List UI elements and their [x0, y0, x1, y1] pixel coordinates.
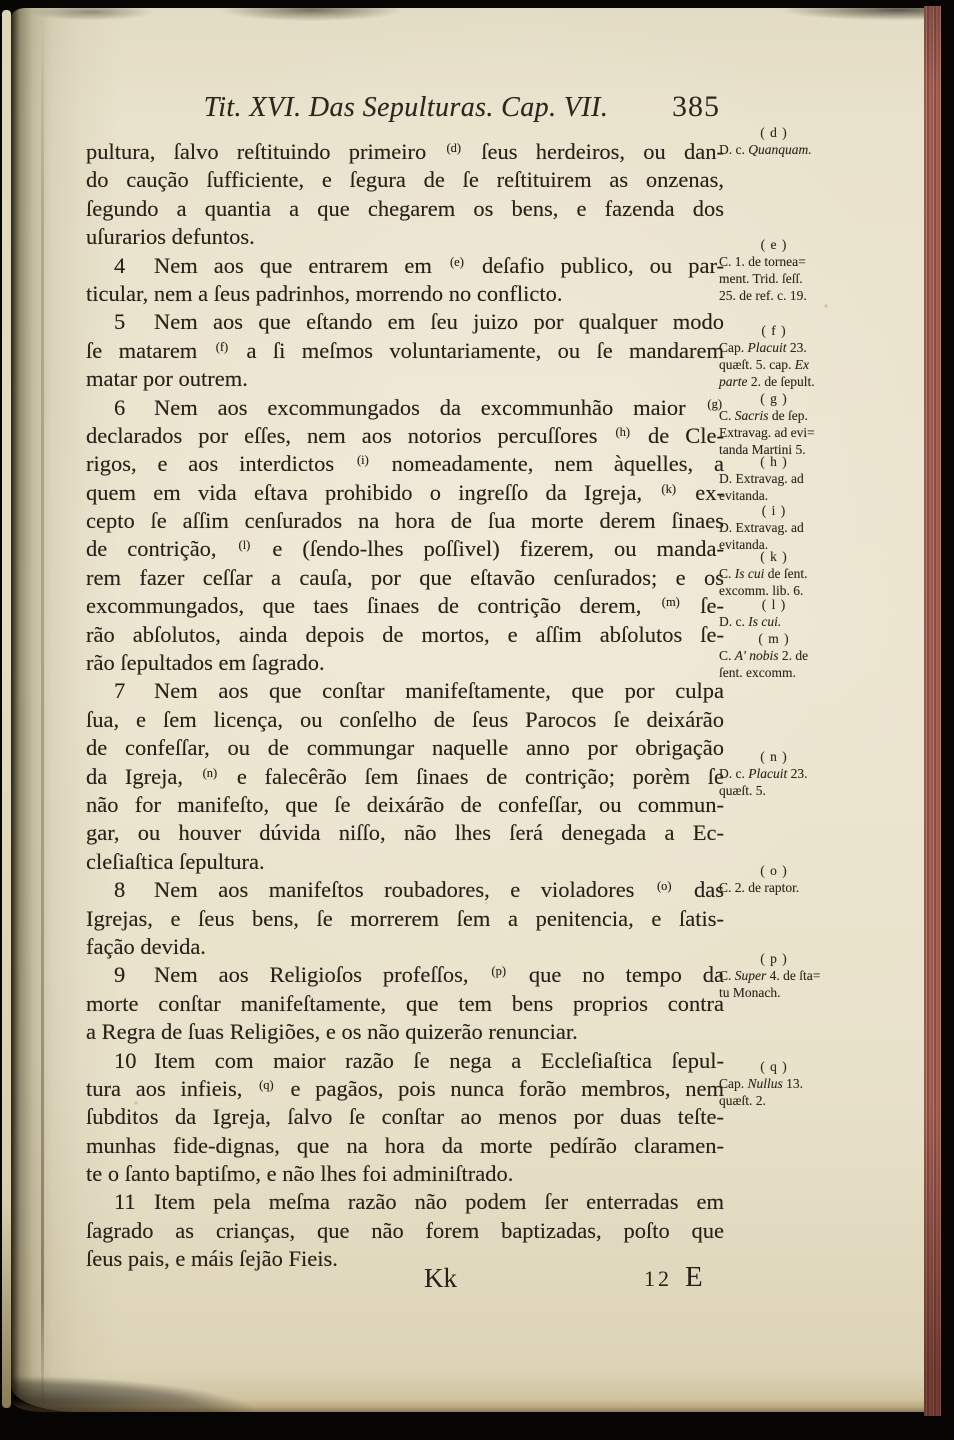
paragraph-number: 8	[114, 876, 138, 904]
paragraph-number: 10	[114, 1047, 138, 1075]
footnote-marker: (i)	[357, 453, 369, 467]
note-line: C. A' nobis 2. de	[719, 647, 857, 664]
text-line: Igrejas, e ſeus bens, ſe morrerem ſem a …	[86, 905, 724, 933]
text-line: pultura, ſalvo reſtituindo primeiro (d) …	[86, 138, 724, 166]
note-label: ( p )	[719, 950, 829, 967]
margin-note-g: ( g )C. Sacris de ſep.Extravag. ad evi=t…	[719, 390, 857, 458]
footnote-marker: (l)	[239, 538, 251, 552]
note-line: C. Sacris de ſep.	[719, 407, 857, 424]
paragraph-number: 5	[114, 308, 138, 336]
note-line: ment. Trid. ſeſſ.	[719, 270, 857, 287]
paragraph: pultura, ſalvo reſtituindo primeiro (d) …	[86, 138, 724, 252]
book-fore-edge	[924, 6, 941, 1416]
signature-mark: Kk	[424, 1263, 457, 1294]
text-line: morte conſtar manifeſtamente, que tem be…	[86, 990, 724, 1018]
text-line: não for manifeſto, que ſe deixárão de co…	[86, 791, 724, 819]
note-line: C. 2. de raptor.	[719, 879, 857, 896]
note-label: ( q )	[719, 1058, 829, 1075]
quire-number: 12	[644, 1266, 672, 1291]
note-label: ( o )	[719, 862, 829, 879]
note-line: D. c. Placuit 23.	[719, 765, 857, 782]
note-label: ( d )	[719, 124, 829, 141]
quire-mark: 12E	[644, 1261, 703, 1294]
margin-note-o: ( o )C. 2. de raptor.	[719, 862, 857, 896]
text-line: 11Item pela meſma razão não podem ſer en…	[86, 1188, 724, 1216]
note-line: quæſt. 5.	[719, 782, 857, 799]
paragraph: 6Nem aos excommungados da excommunhão ma…	[86, 394, 724, 678]
running-title: Tit. XVI. Das Sepulturas. Cap. VII.	[204, 92, 608, 124]
text-line: uſurarios defuntos.	[86, 223, 724, 251]
margin-note-m: ( m )C. A' nobis 2. deſent. excomm.	[719, 630, 857, 681]
text-line: rão ſepultados em ſagrado.	[86, 649, 724, 677]
note-label: ( n )	[719, 748, 829, 765]
note-line: quæſt. 5. cap. Ex	[719, 356, 857, 373]
footnote-marker: (m)	[662, 595, 680, 609]
paragraph-number: 9	[114, 961, 138, 989]
margin-note-h: ( h )D. Extravag. adevitanda.	[719, 453, 857, 504]
note-line: D. Extravag. ad	[719, 519, 857, 536]
text-line: 7Nem aos que conſtar manifeſtamente, que…	[86, 677, 724, 705]
note-line: Extravag. ad evi=	[719, 424, 857, 441]
margin-note-q: ( q )Cap. Nullus 13.quæſt. 2.	[719, 1058, 857, 1109]
book-page-scan: Tit. XVI. Das Sepulturas. Cap. VII. 385 …	[0, 0, 954, 1440]
footnote-marker: (f)	[216, 340, 229, 354]
text-line: quem em vida eſtava prohibido o ingreſſo…	[86, 479, 724, 507]
note-label: ( k )	[719, 548, 829, 565]
margin-notes: ( d )D. c. Quanquam.( e )C. 1. de tornea…	[719, 0, 857, 1440]
margin-note-p: ( p )C. Super 4. de ſta=tu Monach.	[719, 950, 857, 1001]
note-label: ( f )	[719, 322, 829, 339]
paragraph: 11Item pela meſma razão não podem ſer en…	[86, 1188, 724, 1273]
paragraph-number: 7	[114, 677, 138, 705]
text-line: matar por outrem.	[86, 365, 724, 393]
note-line: Cap. Placuit 23.	[719, 339, 857, 356]
text-line: 8Nem aos manifeſtos roubadores, e violad…	[86, 876, 724, 904]
note-line: Cap. Nullus 13.	[719, 1075, 857, 1092]
footnote-marker: (e)	[450, 255, 464, 269]
text-line: rem fazer ceſſar a cauſa, por que eſtavã…	[86, 564, 724, 592]
body-text: pultura, ſalvo reſtituindo primeiro (d) …	[86, 138, 724, 1274]
text-line: da Igreja, (n) e falecêrão ſem ſinaes de…	[86, 763, 724, 791]
paragraph: 5Nem aos que eſtando em ſeu juizo por qu…	[86, 308, 724, 393]
text-line: rigos, e aos interdictos (i) nomeadament…	[86, 450, 724, 478]
margin-note-f: ( f )Cap. Placuit 23.quæſt. 5. cap. Expa…	[719, 322, 857, 390]
text-line: excommungados, que taes ſinaes de contri…	[86, 592, 724, 620]
note-label: ( m )	[719, 630, 829, 647]
note-label: ( l )	[719, 596, 829, 613]
footnote-marker: (n)	[203, 766, 218, 780]
bottom-shadow	[11, 1354, 351, 1412]
gutter-crease	[41, 8, 44, 1412]
paragraph: 8Nem aos manifeſtos roubadores, e violad…	[86, 876, 724, 961]
note-line: D. c. Is cui.	[719, 613, 857, 630]
note-label: ( h )	[719, 453, 829, 470]
text-line: 9Nem aos Religioſos profeſſos, (p) que n…	[86, 961, 724, 989]
text-line: tura aos infieis, (q) e pagãos, pois nun…	[86, 1075, 724, 1103]
note-line: D. c. Quanquam.	[719, 141, 857, 158]
text-line: gar, ou houver dúvida niſſo, não lhes ſe…	[86, 819, 724, 847]
text-line: 4Nem aos que entrarem em (e) deſafio pub…	[86, 252, 724, 280]
footnote-marker: (k)	[661, 482, 676, 496]
opposite-leaf-edge	[2, 10, 11, 1408]
text-line: cleſiaſtica ſepultura.	[86, 848, 724, 876]
margin-note-d: ( d )D. c. Quanquam.	[719, 124, 857, 158]
margin-note-i: ( i )D. Extravag. adevitanda.	[719, 502, 857, 553]
text-line: fação devida.	[86, 933, 724, 961]
text-line: munhas fide-dignas, que na hora da morte…	[86, 1132, 724, 1160]
note-line: D. Extravag. ad	[719, 470, 857, 487]
page-number: 385	[672, 90, 720, 124]
text-line: do caução ſufficiente, e ſegura de ſe re…	[86, 166, 724, 194]
margin-note-n: ( n )D. c. Placuit 23.quæſt. 5.	[719, 748, 857, 799]
note-line: C. 1. de tornea=	[719, 253, 857, 270]
paragraph: 10Item com maior razão ſe nega a Eccleſi…	[86, 1047, 724, 1189]
text-line: ſubditos da Igreja, ſalvo ſe conſtar ao …	[86, 1103, 724, 1131]
margin-note-l: ( l )D. c. Is cui.	[719, 596, 857, 630]
note-label: ( i )	[719, 502, 829, 519]
footnote-marker: (d)	[446, 141, 461, 155]
note-line: parte 2. de ſepult.	[719, 373, 857, 390]
paragraph-number: 6	[114, 394, 138, 422]
margin-note-e: ( e )C. 1. de tornea=ment. Trid. ſeſſ.25…	[719, 236, 857, 304]
text-line: de confeſſar, ou de commungar naquelle a…	[86, 734, 724, 762]
paragraph-number: 11	[114, 1188, 138, 1216]
note-line: C. Super 4. de ſta=	[719, 967, 857, 984]
paragraph: 9Nem aos Religioſos profeſſos, (p) que n…	[86, 961, 724, 1046]
footnote-marker: (p)	[491, 964, 506, 978]
note-label: ( g )	[719, 390, 829, 407]
text-line: cepto ſe aſſim cenſurados na hora de ſua…	[86, 507, 724, 535]
paragraph: 7Nem aos que conſtar manifeſtamente, que…	[86, 677, 724, 876]
note-line: quæſt. 2.	[719, 1092, 857, 1109]
text-line: 5Nem aos que eſtando em ſeu juizo por qu…	[86, 308, 724, 336]
quire-letter: E	[685, 1261, 703, 1293]
text-line: ſe matarem (f) a ſi meſmos voluntariamen…	[86, 337, 724, 365]
footnote-marker: (o)	[657, 879, 672, 893]
text-line: ſua, e ſem licença, ou conſelho de ſeus …	[86, 706, 724, 734]
paragraph: 4Nem aos que entrarem em (e) deſafio pub…	[86, 252, 724, 309]
text-line: te o ſanto baptiſmo, e não lhes foi admi…	[86, 1160, 724, 1188]
footnote-marker: (h)	[615, 425, 630, 439]
text-line: ſeus pais, e máis ſejão Fieis.	[86, 1245, 724, 1273]
note-line: C. Is cui de ſent.	[719, 565, 857, 582]
paragraph-number: 4	[114, 252, 138, 280]
text-line: a Regra de ſuas Religiões, e os não quiz…	[86, 1018, 724, 1046]
note-line: 25. de ref. c. 19.	[719, 287, 857, 304]
margin-note-k: ( k )C. Is cui de ſent.excomm. lib. 6.	[719, 548, 857, 599]
text-line: 10Item com maior razão ſe nega a Eccleſi…	[86, 1047, 724, 1075]
text-line: rão abſolutos, ainda depois de mortos, e…	[86, 621, 724, 649]
footnote-marker: (q)	[259, 1078, 274, 1092]
text-line: de contrição, (l) e (ſendo-lhes poſſivel…	[86, 535, 724, 563]
text-line: ticular, nem a ſeus padrinhos, morrendo …	[86, 280, 724, 308]
text-line: 6Nem aos excommungados da excommunhão ma…	[86, 394, 724, 422]
text-line: declarados por eſſes, nem aos notorios p…	[86, 422, 724, 450]
note-line: ſent. excomm.	[719, 664, 857, 681]
text-line: ſagrado as crianças, que não forem bapti…	[86, 1217, 724, 1245]
running-header: Tit. XVI. Das Sepulturas. Cap. VII. 385	[86, 92, 726, 130]
text-line: ſegundo a quantia a que chegarem os bens…	[86, 195, 724, 223]
note-line: tu Monach.	[719, 984, 857, 1001]
note-label: ( e )	[719, 236, 829, 253]
